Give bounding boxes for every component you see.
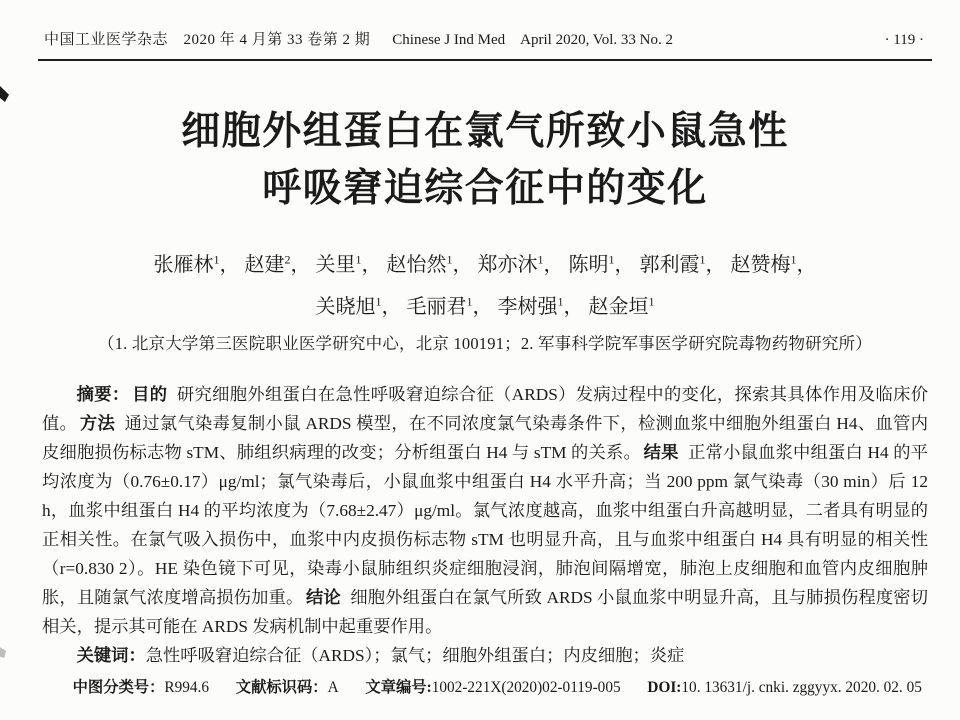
author-line-1: 张雁林1， 赵建2， 关里1， 赵怡然1， 郑亦沐1， 陈明1， 郭利霞1， 赵…	[38, 241, 932, 284]
meta-value: 1002-221X(2020)02-0119-005	[432, 679, 621, 696]
abstract-segment: 目的	[132, 385, 167, 404]
author-line-2: 关晓旭1， 毛丽君1， 李树强1， 赵金垣1	[38, 284, 932, 327]
author-name: 赵建	[245, 254, 285, 276]
author-name: 李树强	[498, 296, 558, 318]
meta-value: R994.6	[164, 679, 209, 696]
keywords-line: 关键词：急性呼吸窘迫综合征（ARDS）；氯气；细胞外组蛋白；内皮细胞；炎症	[42, 641, 928, 670]
author-name: 赵怡然	[387, 254, 447, 276]
journal-title-en: Chinese J Ind Med April 2020, Vol. 33 No…	[392, 32, 673, 48]
scanned-paper-page: 中国工业医学杂志 2020 年 4 月第 33 卷第 2 期Chinese J …	[0, 0, 960, 720]
author-name: 郑亦沐	[478, 254, 538, 276]
author: 赵建2，	[245, 254, 311, 276]
meta-label: 文献标识码：	[236, 679, 328, 696]
abstract-segment: 方法	[80, 414, 115, 433]
keywords-text: 急性呼吸窘迫综合征（ARDS）；氯气；细胞外组蛋白；内皮细胞；炎症	[146, 646, 685, 665]
author: 张雁林1，	[154, 254, 240, 276]
author-separator: ，	[564, 296, 584, 318]
author-name: 赵金垣	[589, 296, 649, 318]
meta-value: 10. 13631/j. cnki. zggyyx. 2020. 02. 05	[681, 679, 922, 696]
journal-title-cn: 中国工业医学杂志 2020 年 4 月第 33 卷第 2 期	[44, 32, 370, 48]
author-name: 赵赞梅	[731, 254, 791, 276]
author-separator: ，	[382, 296, 402, 318]
abstract-label: 摘要：	[77, 385, 130, 404]
article-title: 细胞外组蛋白在氯气所致小鼠急性 呼吸窘迫综合征中的变化	[38, 103, 932, 217]
abstract-segment: 正常小鼠血浆中组蛋白 H4 的平均浓度为（0.76±0.17）μg/ml；氯气染…	[42, 443, 928, 607]
page-number: · 119 ·	[885, 32, 924, 49]
author: 李树强1，	[498, 296, 584, 318]
abstract-paragraph: 摘要：目的研究细胞外组蛋白在急性呼吸窘迫综合征（ARDS）发病过程中的变化，探索…	[42, 380, 928, 641]
author-separator: ，	[362, 254, 382, 276]
author: 赵金垣1	[589, 296, 655, 318]
abstract-body: 目的研究细胞外组蛋白在急性呼吸窘迫综合征（ARDS）发病过程中的变化，探索其具体…	[42, 385, 928, 636]
author-separator: ，	[544, 254, 564, 276]
header-rule	[38, 59, 932, 61]
abstract-segment: 结论	[306, 588, 341, 607]
journal-line: 中国工业医学杂志 2020 年 4 月第 33 卷第 2 期Chinese J …	[44, 28, 673, 49]
author-name: 关里	[316, 254, 356, 276]
author-list: 张雁林1， 赵建2， 关里1， 赵怡然1， 郑亦沐1， 陈明1， 郭利霞1， 赵…	[38, 241, 932, 326]
running-head: 中国工业医学杂志 2020 年 4 月第 33 卷第 2 期Chinese J …	[38, 24, 932, 49]
author-separator: ，	[706, 254, 726, 276]
author-separator: ，	[220, 254, 240, 276]
meta-item: 中图分类号：R994.6	[73, 679, 209, 696]
author-name: 陈明	[569, 254, 609, 276]
author-affiliation-mark: 1	[649, 295, 655, 309]
article-meta-line: 中图分类号：R994.6 文献标识码：A 文章编号:1002-221X(2020…	[42, 674, 928, 702]
author-separator: ，	[797, 254, 817, 276]
meta-label: 中图分类号：	[73, 679, 165, 696]
article-title-line1: 细胞外组蛋白在氯气所致小鼠急性	[181, 110, 789, 153]
article-title-line2: 呼吸窘迫综合征中的变化	[262, 167, 708, 210]
author: 陈明1，	[569, 254, 635, 276]
meta-item: 文章编号:1002-221X(2020)02-0119-005	[365, 679, 620, 696]
author: 毛丽君1，	[407, 296, 493, 318]
author: 关晓旭1，	[316, 296, 402, 318]
author-name: 关晓旭	[316, 296, 376, 318]
author: 关里1，	[316, 254, 382, 276]
author-name: 毛丽君	[407, 296, 467, 318]
author-separator: ，	[291, 254, 311, 276]
meta-item: 文献标识码：A	[236, 679, 339, 696]
keywords-label: 关键词：	[77, 646, 146, 665]
meta-item: DOI:10. 13631/j. cnki. zggyyx. 2020. 02.…	[647, 679, 922, 696]
meta-label: DOI:	[647, 679, 681, 696]
author-name: 郭利霞	[640, 254, 700, 276]
affiliation-line: （1. 北京大学第三医院职业医学研究中心，北京 100191；2. 军事科学院军…	[38, 330, 932, 354]
author-name: 张雁林	[154, 254, 214, 276]
author: 赵赞梅1，	[731, 254, 817, 276]
author-separator: ，	[615, 254, 635, 276]
author: 郭利霞1，	[640, 254, 726, 276]
meta-label: 文章编号:	[365, 679, 431, 696]
author-separator: ，	[473, 296, 493, 318]
author: 赵怡然1，	[387, 254, 473, 276]
abstract-segment: 结果	[644, 443, 679, 462]
meta-value: A	[328, 679, 339, 696]
author: 郑亦沐1，	[478, 254, 564, 276]
author-separator: ，	[453, 254, 473, 276]
